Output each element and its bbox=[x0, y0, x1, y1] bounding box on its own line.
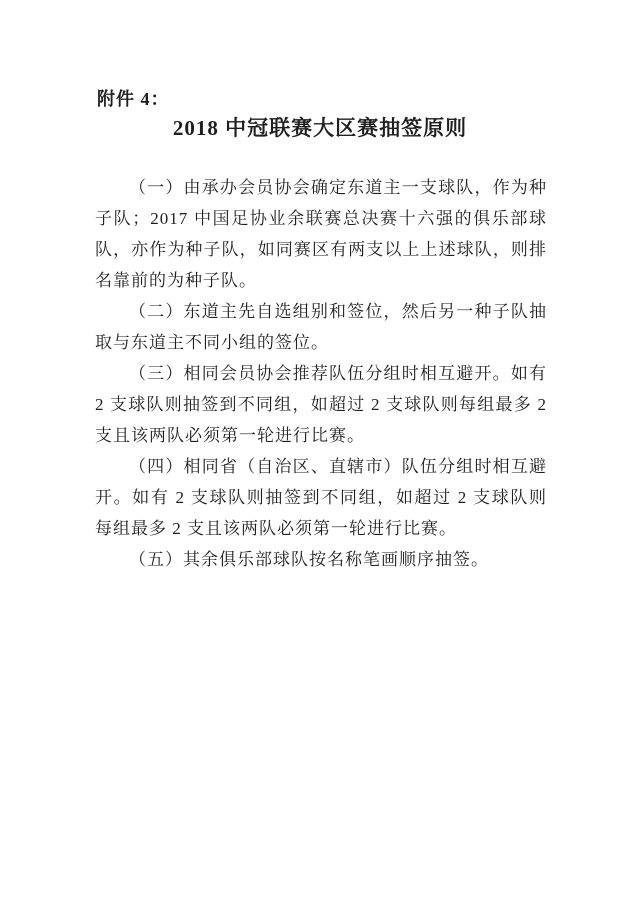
paragraph-rule-2: （二）东道主先自选组别和签位，然后另一种子队抽取与东道主不同小组的签位。 bbox=[95, 296, 547, 358]
paragraph-rule-5: （五）其余俱乐部球队按名称笔画顺序抽签。 bbox=[95, 544, 547, 575]
paragraph-rule-1: （一）由承办会员协会确定东道主一支球队，作为种子队；2017 中国足协业余联赛总… bbox=[95, 172, 547, 296]
document-page: 附件 4： 2018 中冠联赛大区赛抽签原则 （一）由承办会员协会确定东道主一支… bbox=[0, 0, 640, 905]
paragraph-rule-3: （三）相同会员协会推荐队伍分组时相互避开。如有 2 支球队则抽签到不同组，如超过… bbox=[95, 358, 547, 451]
paragraph-rule-4: （四）相同省（自治区、直辖市）队伍分组时相互避开。如有 2 支球队则抽签到不同组… bbox=[95, 451, 547, 544]
document-body: （一）由承办会员协会确定东道主一支球队，作为种子队；2017 中国足协业余联赛总… bbox=[95, 172, 547, 575]
attachment-label: 附件 4： bbox=[97, 85, 170, 111]
document-title: 2018 中冠联赛大区赛抽签原则 bbox=[0, 112, 640, 142]
